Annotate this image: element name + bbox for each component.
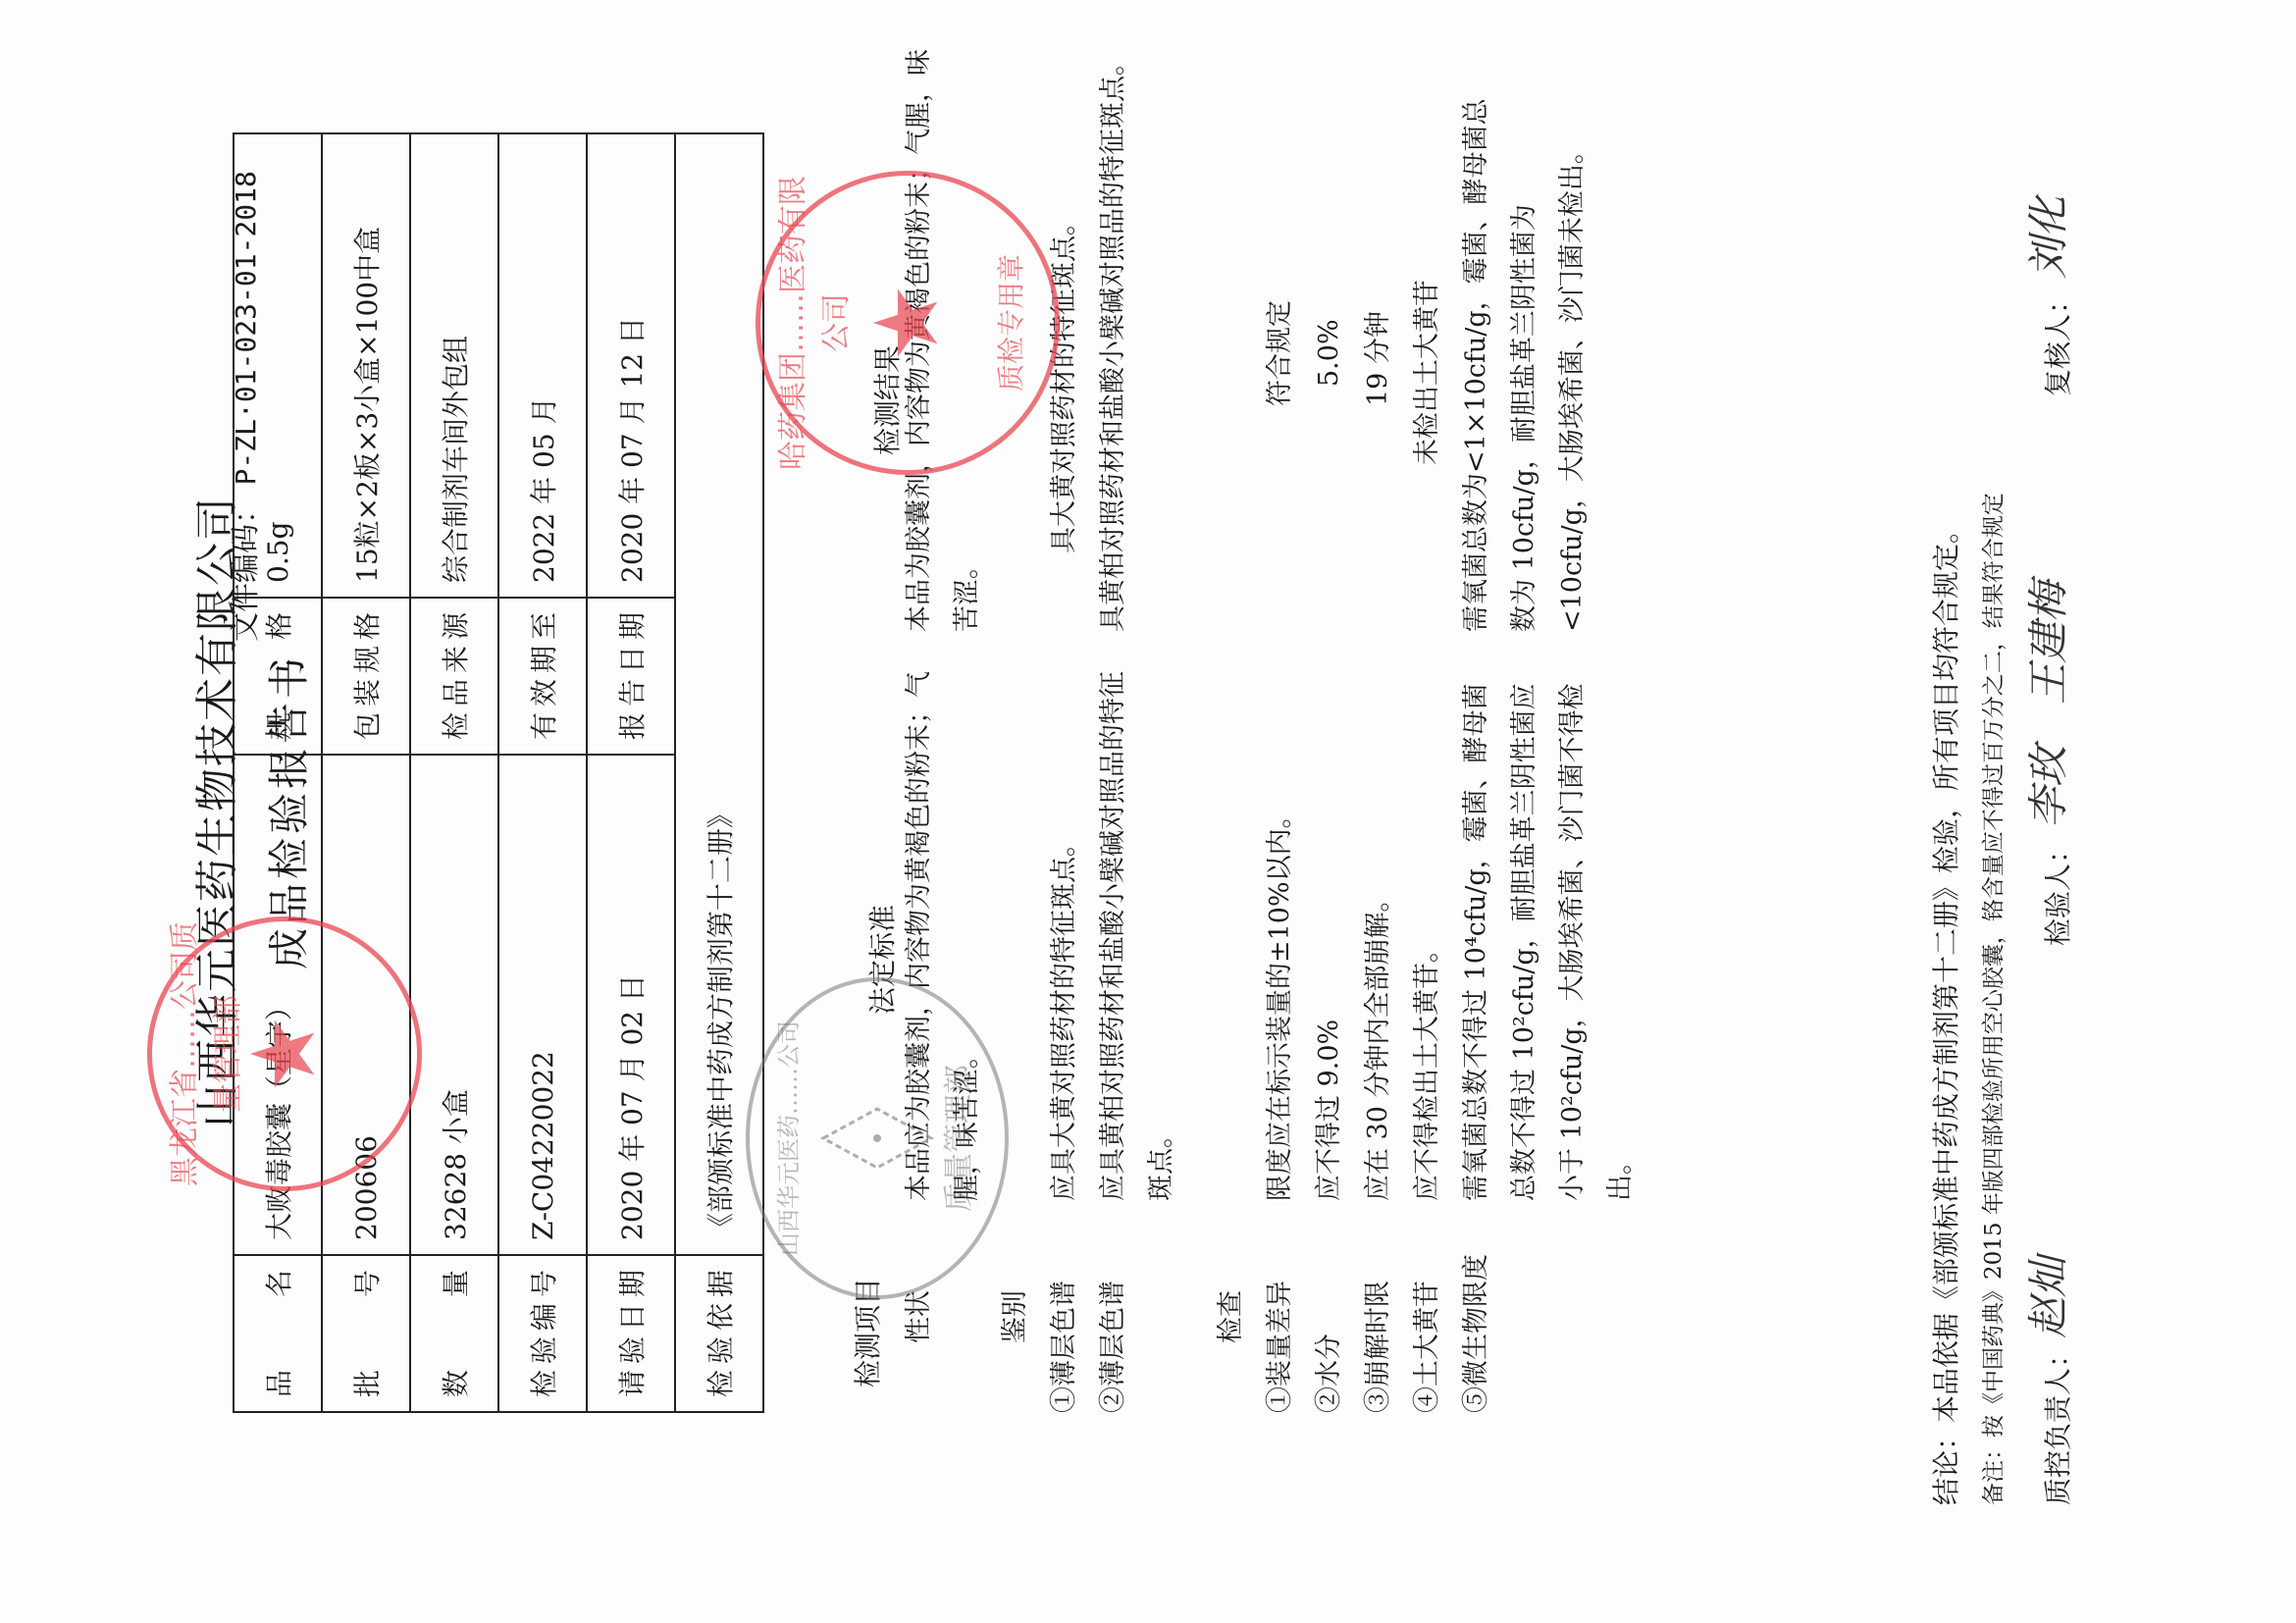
label-product-name: 品 名 [234,1255,322,1412]
reviewer-signature: 刘化 [2025,196,2072,279]
value-request-date: 2020 年 07 月 02 日 [587,755,675,1255]
standard-moisture: 应不得过 9.0% [1305,1020,1353,1201]
item-tlc-1: ①薄层色谱 [1040,1281,1088,1413]
standard-tlc-1: 应具大黄对照药材的特征斑点。 [1040,652,1088,1201]
reviewer-label: 复核人： [2035,287,2082,396]
label-inspection-no: 检验编号 [498,1255,587,1412]
table-row: 数 量 32628 小盒 检品来源 综合制剂车间外包组 [410,133,498,1412]
value-report-date: 2020 年 07 月 12 日 [587,133,675,598]
qc-signature: 赵灿 [2025,1256,2072,1338]
item-appearance: 性状 [895,1290,943,1343]
item-inspection: 检查 [1207,1290,1255,1343]
table-row: 请验日期 2020 年 07 月 02 日 报告日期 2020 年 07 月 1… [587,133,675,1412]
label-expiry: 有效期至 [498,598,587,755]
table-row: 品 名 大败毒胶囊（星宇） 规 格 0.5g [234,133,322,1412]
inspector-signature: 李玫 王建梅 [2025,581,2072,828]
result-microbial: 需氧菌总数为<1×10cfu/g，霉菌、酵母菌总数为 10cfu/g，耐胆盐革兰… [1452,82,1596,632]
result-rhaponticin: 未检出土大黄苷 [1403,280,1451,465]
label-quantity: 数 量 [410,1255,498,1412]
item-microbial: ⑤微生物限度 [1452,1254,1500,1413]
item-disintegration: ③崩解时限 [1354,1281,1402,1413]
table-row: 批 号 200606 包装规格 15粒×2板×3小盒×100中盒 [322,133,410,1412]
label-basis: 检验依据 [675,1255,763,1412]
result-disintegration: 19 分钟 [1354,311,1402,406]
value-quantity: 32628 小盒 [410,755,498,1255]
standard-tlc-2: 应具黄柏对照药材和盐酸小檗碱对照品的特征斑点。 [1089,652,1185,1201]
label-sample-source: 检品来源 [410,598,498,755]
conclusion-block: 结论：本品依据《部颁标准中药成方制剂第十二册》检验，所有项目均符合规定。 备注：… [1923,82,2094,1505]
inspector-label: 检验人： [2035,836,2082,946]
value-inspection-no: Z-C04220022 [498,755,587,1255]
label-spec: 规 格 [234,598,322,755]
table-row: 检验依据 《部颁标准中药成方制剂第十二册》 [675,133,763,1412]
standard-disintegration: 应在 30 分钟内全部崩解。 [1354,885,1402,1201]
report-page: 山西华元医药生物技术有限公司 成品检验报告书 文件编码： P-ZL·01-023… [0,0,2296,1623]
standard-microbial: 需氧菌总数不得过 10⁴cfu/g，霉菌、酵母菌总数不得过 10²cfu/g，耐… [1452,671,1644,1201]
value-expiry: 2022 年 05 月 [498,133,587,598]
grey-seal-ring-text: 山西华元医药……公司 [769,981,804,1295]
item-tlc-2: ②薄层色谱 [1089,1281,1137,1413]
label-request-date: 请验日期 [587,1255,675,1412]
table-row: 检验编号 Z-C04220022 有效期至 2022 年 05 月 [498,133,587,1412]
result-moisture: 5.0% [1305,319,1353,387]
qc-seal-bottom-text: 质检专用章 [990,176,1029,470]
label-package-spec: 包装规格 [322,598,410,755]
qc-seal-ring-text: 哈药集团……医药有限公司 [768,176,855,470]
grey-department-seal: 山西华元医药……公司 质量管理部 [746,977,1009,1299]
label-report-date: 报告日期 [587,598,675,755]
signature-row: 质控负责人： 赵灿 检验人： 李玫 王建梅 复核人： 刘化 [2025,82,2094,1505]
value-package-spec: 15粒×2板×3小盒×100中盒 [322,133,410,598]
standard-fill-weight: 限度应在标示装量的±10%以内。 [1256,802,1304,1201]
result-fill-weight: 符合规定 [1256,300,1304,406]
qc-label: 质控负责人： [2035,1340,2082,1505]
value-sample-source: 综合制剂车间外包组 [410,133,498,598]
item-moisture: ②水分 [1305,1334,1353,1413]
red-company-seal: 黑龙江省……公司质量管理部 ★ [147,916,422,1191]
standard-rhaponticin: 应不得检出土大黄苷。 [1403,936,1451,1201]
remark-text: 备注：按《中国药典》2015 年版四部检验所用空心胶囊，铬含量应不得过百万分之二… [1970,82,2017,1505]
star-icon: ★ [863,284,952,363]
value-spec: 0.5g [234,133,322,598]
label-batch: 批 号 [322,1255,410,1412]
grey-seal-bottom-text: 质量管理部 [934,981,977,1295]
item-fill-weight: ①装量差异 [1256,1281,1304,1413]
conclusion-text: 结论：本品依据《部颁标准中药成方制剂第十二册》检验，所有项目均符合规定。 [1923,82,1970,1505]
result-tlc-2: 具黄柏对照药材和盐酸小檗碱对照品的特征斑点。 [1089,24,1137,632]
value-basis: 《部颁标准中药成方制剂第十二册》 [675,133,763,1255]
item-rhaponticin: ④土大黄苷 [1403,1281,1451,1413]
star-icon: ★ [240,1015,329,1094]
diamond-emblem-icon [818,1104,936,1173]
product-info-table: 品 名 大败毒胶囊（星宇） 规 格 0.5g 批 号 200606 包装规格 1… [233,132,764,1413]
red-qc-seal: 哈药集团……医药有限公司 ★ 质检专用章 [756,171,1060,475]
item-identification: 鉴别 [991,1290,1039,1343]
